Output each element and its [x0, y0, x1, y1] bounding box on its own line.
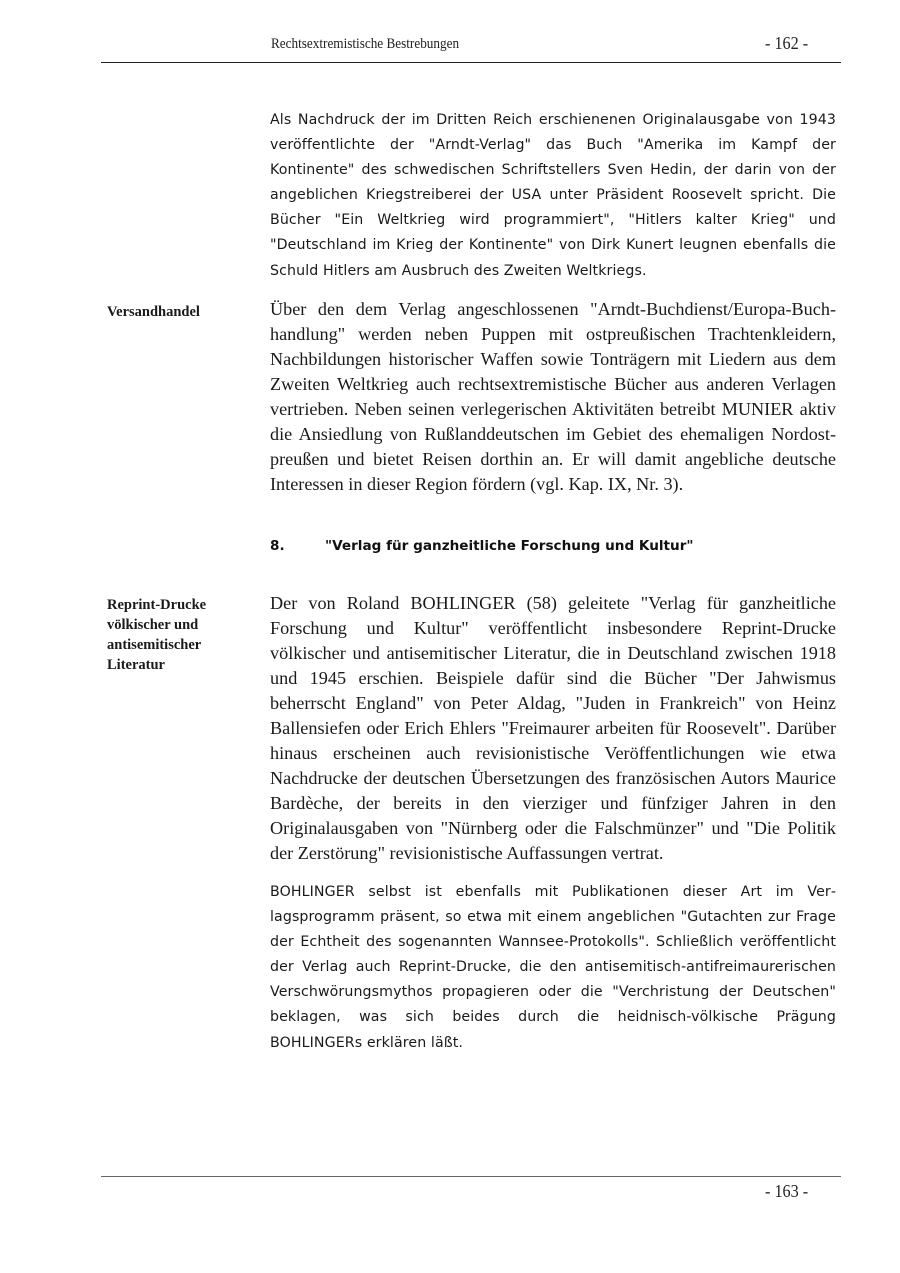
section-number: 8. [270, 538, 325, 554]
running-title: Rechtsextremistische Bestrebungen [271, 36, 459, 53]
paragraph-arndt-reprint: Als Nachdruck der im Dritten Reich ersch… [270, 96, 836, 284]
footer-rule [101, 1176, 841, 1177]
margin-note-line: Literatur [107, 655, 247, 675]
section-title: "Verlag für ganzheitliche Forschung und … [325, 538, 694, 554]
paragraph-bohlinger-verlag: Der von Roland BOHLINGER (58) geleitete … [270, 591, 836, 866]
page-header: Rechtsextremistische Bestrebungen - 162 … [101, 34, 841, 63]
paragraph-bohlinger-selbst: BOHLINGER selbst ist ebenfalls mit Publi… [270, 880, 836, 1056]
section-heading: 8."Verlag für ganzheitliche Forschung un… [270, 538, 694, 554]
margin-note-line: Reprint-Drucke [107, 595, 247, 615]
header-page-number: - 162 - [765, 33, 808, 54]
margin-note-versandhandel: Versandhandel [107, 302, 247, 322]
margin-note-line: völkischer und [107, 615, 247, 635]
paragraph-versandhandel: Über den dem Verlag angeschlossenen "Arn… [270, 297, 836, 497]
margin-note-reprint-drucke: Reprint-Drucke völkischer und antisemiti… [107, 595, 247, 675]
footer-page-number: - 163 - [765, 1181, 808, 1202]
margin-note-line: antisemitischer [107, 635, 247, 655]
